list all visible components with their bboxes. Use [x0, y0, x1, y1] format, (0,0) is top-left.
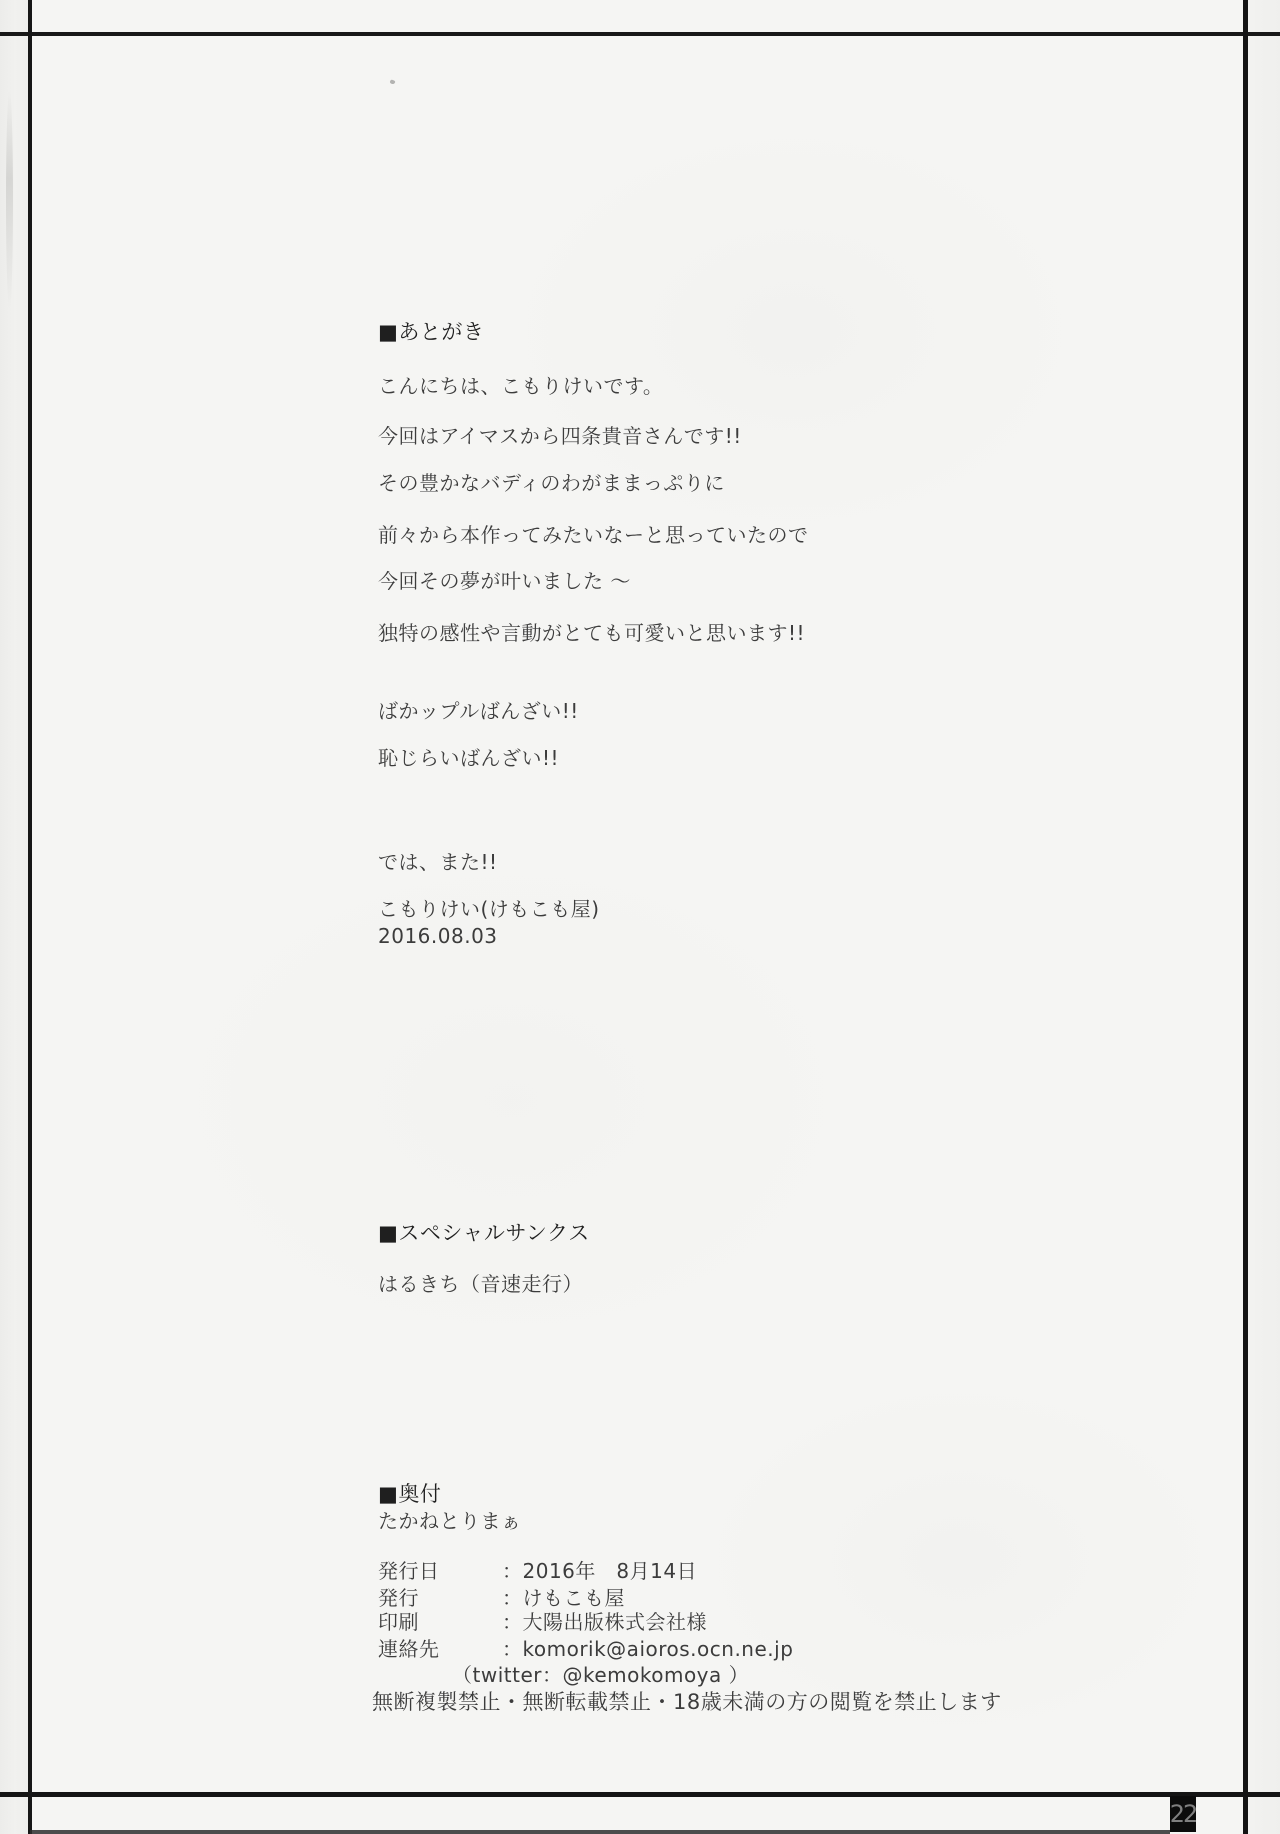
- special-thanks-name: はるきち（音速走行）: [378, 1272, 583, 1296]
- colophon-row: 発行：けもこも屋: [378, 1586, 625, 1610]
- frame-rule-top: [0, 32, 1280, 36]
- colophon-row: 発行日：2016年 8月14日: [378, 1559, 697, 1583]
- colophon-notice: 無断複製禁止・無断転載禁止・18歳未満の方の閲覧を禁止します: [372, 1690, 1002, 1715]
- scan-right-margin: [1248, 0, 1280, 1834]
- colophon-label: 印刷: [378, 1610, 502, 1634]
- page-number-box: 22: [1170, 1796, 1196, 1832]
- colophon-label: 連絡先: [378, 1637, 502, 1661]
- afterword-heading: ■あとがき: [378, 320, 484, 345]
- afterword-line: ばかップルばんざい!!: [378, 699, 579, 723]
- special-thanks-heading: ■スペシャルサンクス: [378, 1221, 590, 1246]
- colophon-value: ：大陽出版株式会社様: [502, 1610, 707, 1634]
- scan-speck: [389, 79, 395, 85]
- afterword-line: その豊かなバディのわがままっぷりに: [378, 471, 725, 495]
- page-number: 22: [1170, 1802, 1197, 1826]
- afterword-line: 今回はアイマスから四条貴音さんです!!: [378, 424, 742, 448]
- afterword-line: 恥じらいばんざい!!: [378, 746, 559, 770]
- scan-bottom-edge: [30, 1830, 1170, 1834]
- book-title: たかねとりまぁ: [378, 1509, 522, 1533]
- frame-rule-left: [28, 0, 32, 1834]
- colophon-value: ：けもこも屋: [502, 1586, 625, 1610]
- afterword-farewell: では、また!!: [378, 850, 498, 874]
- colophon-value: ：2016年 8月14日: [502, 1559, 697, 1583]
- afterword-line: 独特の感性や言動がとても可愛いと思います!!: [378, 621, 805, 645]
- colophon-label: 発行: [378, 1586, 502, 1610]
- afterword-line: こんにちは、こもりけいです。: [378, 374, 663, 398]
- colophon-value: ：komorik@aioros.ocn.ne.jp: [502, 1637, 793, 1661]
- colophon-row: 連絡先：komorik@aioros.ocn.ne.jp: [378, 1637, 793, 1661]
- afterword-line: 前々から本作ってみたいなーと思っていたので: [378, 523, 809, 547]
- afterword-line: 今回その夢が叶いました ～: [378, 569, 631, 593]
- colophon-heading: ■奥付: [378, 1482, 441, 1507]
- afterword-author: こもりけい(けもこも屋): [378, 897, 600, 921]
- frame-rule-bottom: [0, 1792, 1280, 1797]
- afterword-date: 2016.08.03: [378, 924, 498, 948]
- colophon-label: 発行日: [378, 1559, 502, 1583]
- colophon-row: 印刷：大陽出版株式会社様: [378, 1610, 707, 1634]
- scan-left-margin: [0, 0, 28, 1834]
- frame-rule-right: [1243, 0, 1248, 1834]
- colophon-twitter: （twitter：@kemokomoya ）: [452, 1663, 749, 1687]
